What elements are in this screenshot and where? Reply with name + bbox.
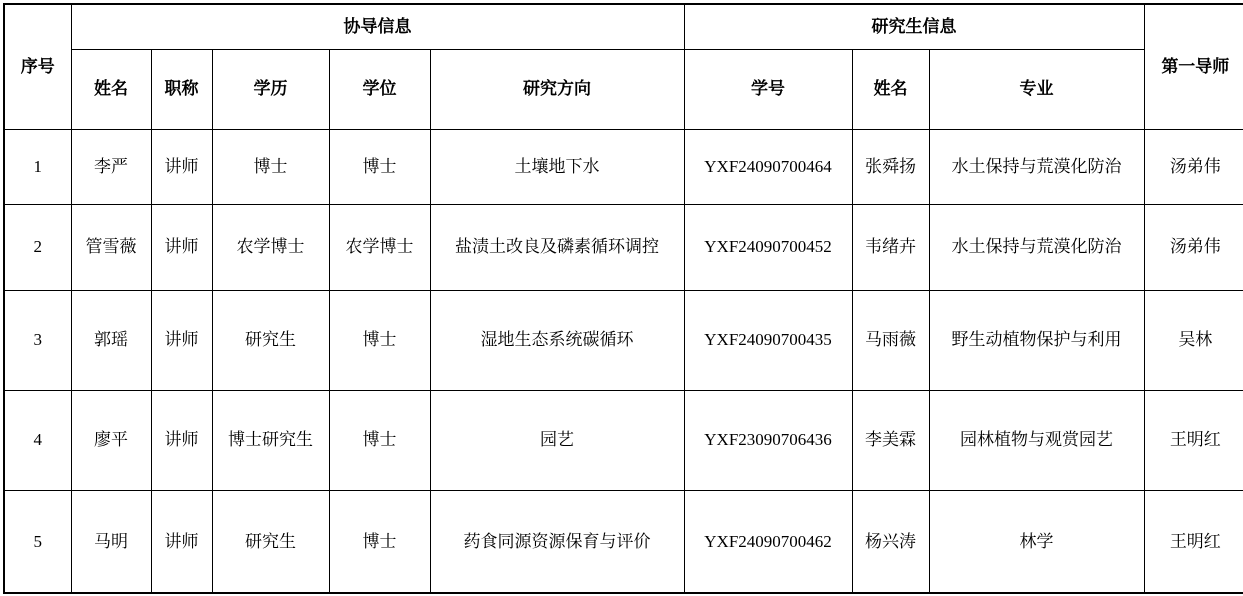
header-student-id: 学号: [684, 49, 852, 129]
cell-major: 水土保持与荒漠化防治: [929, 129, 1144, 204]
cell-student-id: YXF24090700435: [684, 290, 852, 390]
cell-serial: 2: [4, 204, 71, 290]
header-group-row: 序号 协导信息 研究生信息 第一导师: [4, 4, 1243, 49]
cell-student-id: YXF24090700452: [684, 204, 852, 290]
cell-advisor-degree: 博士: [329, 490, 430, 593]
table-header: 序号 协导信息 研究生信息 第一导师 姓名 职称 学历 学位 研究方向 学号 姓…: [4, 4, 1243, 129]
cell-student-id: YXF24090700464: [684, 129, 852, 204]
cell-research-direction: 园艺: [430, 390, 684, 490]
cell-advisor-name: 马明: [71, 490, 151, 593]
header-sub-row: 姓名 职称 学历 学位 研究方向 学号 姓名 专业: [4, 49, 1243, 129]
cell-major: 园林植物与观赏园艺: [929, 390, 1144, 490]
cell-advisor-education: 研究生: [212, 290, 329, 390]
cell-advisor-education: 研究生: [212, 490, 329, 593]
cell-advisor-degree: 博士: [329, 129, 430, 204]
cell-student-name: 韦绪卉: [852, 204, 929, 290]
header-advisor-education: 学历: [212, 49, 329, 129]
cell-advisor-degree: 博士: [329, 290, 430, 390]
header-research-direction: 研究方向: [430, 49, 684, 129]
cell-advisor-title: 讲师: [151, 490, 212, 593]
table-body: 1 李严 讲师 博士 博士 土壤地下水 YXF24090700464 张舜扬 水…: [4, 129, 1243, 593]
table-row: 1 李严 讲师 博士 博士 土壤地下水 YXF24090700464 张舜扬 水…: [4, 129, 1243, 204]
cell-advisor-education: 农学博士: [212, 204, 329, 290]
cell-major: 水土保持与荒漠化防治: [929, 204, 1144, 290]
cell-advisor-title: 讲师: [151, 290, 212, 390]
cell-student-name: 李美霖: [852, 390, 929, 490]
cell-serial: 1: [4, 129, 71, 204]
header-first-supervisor: 第一导师: [1144, 4, 1243, 129]
header-advisor-title: 职称: [151, 49, 212, 129]
cell-advisor-title: 讲师: [151, 204, 212, 290]
table-row: 2 管雪薇 讲师 农学博士 农学博士 盐渍土改良及磷素循环调控 YXF24090…: [4, 204, 1243, 290]
cell-research-direction: 湿地生态系统碳循环: [430, 290, 684, 390]
cell-advisor-name: 廖平: [71, 390, 151, 490]
cell-major: 林学: [929, 490, 1144, 593]
header-advisor-name: 姓名: [71, 49, 151, 129]
advisor-student-table: 序号 协导信息 研究生信息 第一导师 姓名 职称 学历 学位 研究方向 学号 姓…: [3, 3, 1243, 594]
cell-advisor-education: 博士: [212, 129, 329, 204]
header-advisor-group: 协导信息: [71, 4, 684, 49]
cell-first-supervisor: 王明红: [1144, 390, 1243, 490]
header-serial: 序号: [4, 4, 71, 129]
table-row: 4 廖平 讲师 博士研究生 博士 园艺 YXF23090706436 李美霖 园…: [4, 390, 1243, 490]
cell-advisor-name: 管雪薇: [71, 204, 151, 290]
cell-student-id: YXF24090700462: [684, 490, 852, 593]
cell-advisor-degree: 农学博士: [329, 204, 430, 290]
cell-advisor-education: 博士研究生: [212, 390, 329, 490]
cell-serial: 3: [4, 290, 71, 390]
cell-advisor-title: 讲师: [151, 129, 212, 204]
cell-serial: 4: [4, 390, 71, 490]
cell-advisor-title: 讲师: [151, 390, 212, 490]
cell-advisor-degree: 博士: [329, 390, 430, 490]
header-major: 专业: [929, 49, 1144, 129]
header-advisor-degree: 学位: [329, 49, 430, 129]
cell-first-supervisor: 汤弟伟: [1144, 129, 1243, 204]
cell-research-direction: 盐渍土改良及磷素循环调控: [430, 204, 684, 290]
cell-research-direction: 药食同源资源保育与评价: [430, 490, 684, 593]
cell-advisor-name: 李严: [71, 129, 151, 204]
cell-advisor-name: 郭瑶: [71, 290, 151, 390]
cell-student-name: 杨兴涛: [852, 490, 929, 593]
cell-major: 野生动植物保护与利用: [929, 290, 1144, 390]
cell-research-direction: 土壤地下水: [430, 129, 684, 204]
table-row: 5 马明 讲师 研究生 博士 药食同源资源保育与评价 YXF2409070046…: [4, 490, 1243, 593]
cell-first-supervisor: 吴林: [1144, 290, 1243, 390]
cell-serial: 5: [4, 490, 71, 593]
cell-first-supervisor: 王明红: [1144, 490, 1243, 593]
table-row: 3 郭瑶 讲师 研究生 博士 湿地生态系统碳循环 YXF24090700435 …: [4, 290, 1243, 390]
cell-student-name: 张舜扬: [852, 129, 929, 204]
header-grad-group: 研究生信息: [684, 4, 1144, 49]
cell-first-supervisor: 汤弟伟: [1144, 204, 1243, 290]
cell-student-name: 马雨薇: [852, 290, 929, 390]
cell-student-id: YXF23090706436: [684, 390, 852, 490]
header-student-name: 姓名: [852, 49, 929, 129]
